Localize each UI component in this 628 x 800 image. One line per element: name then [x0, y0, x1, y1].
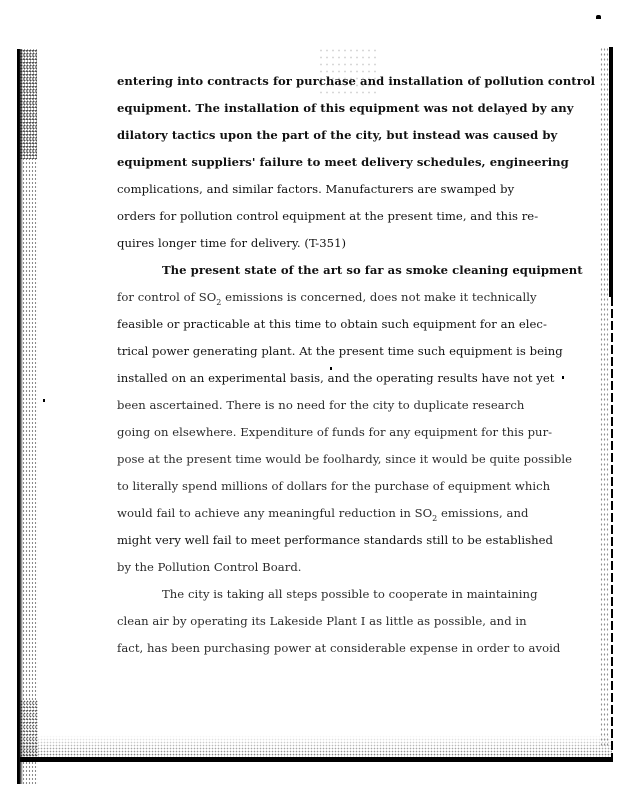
text-line: to literally spend millions of dollars f…: [117, 477, 577, 504]
text-line: fact, has been purchasing power at consi…: [117, 639, 577, 666]
text-line: been ascertained. There is no need for t…: [117, 396, 577, 423]
text-line: equipment suppliers' failure to meet del…: [117, 153, 577, 180]
text-line: entering into contracts for purchase and…: [117, 72, 577, 99]
page-mark-icon: [596, 15, 601, 19]
stray-mark: [43, 399, 45, 402]
scan-border-bottom: [20, 757, 613, 762]
text-line: The city is taking all steps possible to…: [117, 585, 577, 612]
text-line: for control of SO2 emissions is concerne…: [117, 288, 577, 315]
text-line: pose at the present time would be foolha…: [117, 450, 577, 477]
text-fragment: would fail to achieve any meaningful red…: [117, 506, 432, 520]
text-line: installed on an experimental basis, and …: [117, 369, 577, 396]
scan-noise-bottom: [22, 735, 612, 757]
scan-noise-right: [600, 47, 609, 747]
text-line: equipment. The installation of this equi…: [117, 99, 577, 126]
text-line: feasible or practicable at this time to …: [117, 315, 577, 342]
scan-border-right: [609, 47, 613, 297]
text-fragment: emissions, and: [437, 506, 528, 520]
scan-noise-left: [22, 49, 38, 784]
scan-noise-top-left: [17, 49, 37, 159]
text-line: might very well fail to meet performance…: [117, 531, 577, 558]
text-line: going on elsewhere. Expenditure of funds…: [117, 423, 577, 450]
text-line: complications, and similar factors. Manu…: [117, 180, 577, 207]
text-fragment: for control of SO: [117, 290, 216, 304]
scanned-page: entering into contracts for purchase and…: [0, 0, 628, 800]
text-line: clean air by operating its Lakeside Plan…: [117, 612, 577, 639]
text-line: The present state of the art so far as s…: [117, 261, 577, 288]
text-line: by the Pollution Control Board.: [117, 558, 577, 585]
text-line: quires longer time for delivery. (T-351): [117, 234, 577, 261]
text-line: orders for pollution control equipment a…: [117, 207, 577, 234]
text-line: would fail to achieve any meaningful red…: [117, 504, 577, 531]
scan-border-right-dashed: [611, 297, 613, 757]
document-body: entering into contracts for purchase and…: [117, 72, 577, 666]
text-line: trical power generating plant. At the pr…: [117, 342, 577, 369]
text-fragment: emissions is concerned, does not make it…: [221, 290, 536, 304]
text-line: dilatory tactics upon the part of the ci…: [117, 126, 577, 153]
scan-noise-corner: [20, 700, 38, 758]
